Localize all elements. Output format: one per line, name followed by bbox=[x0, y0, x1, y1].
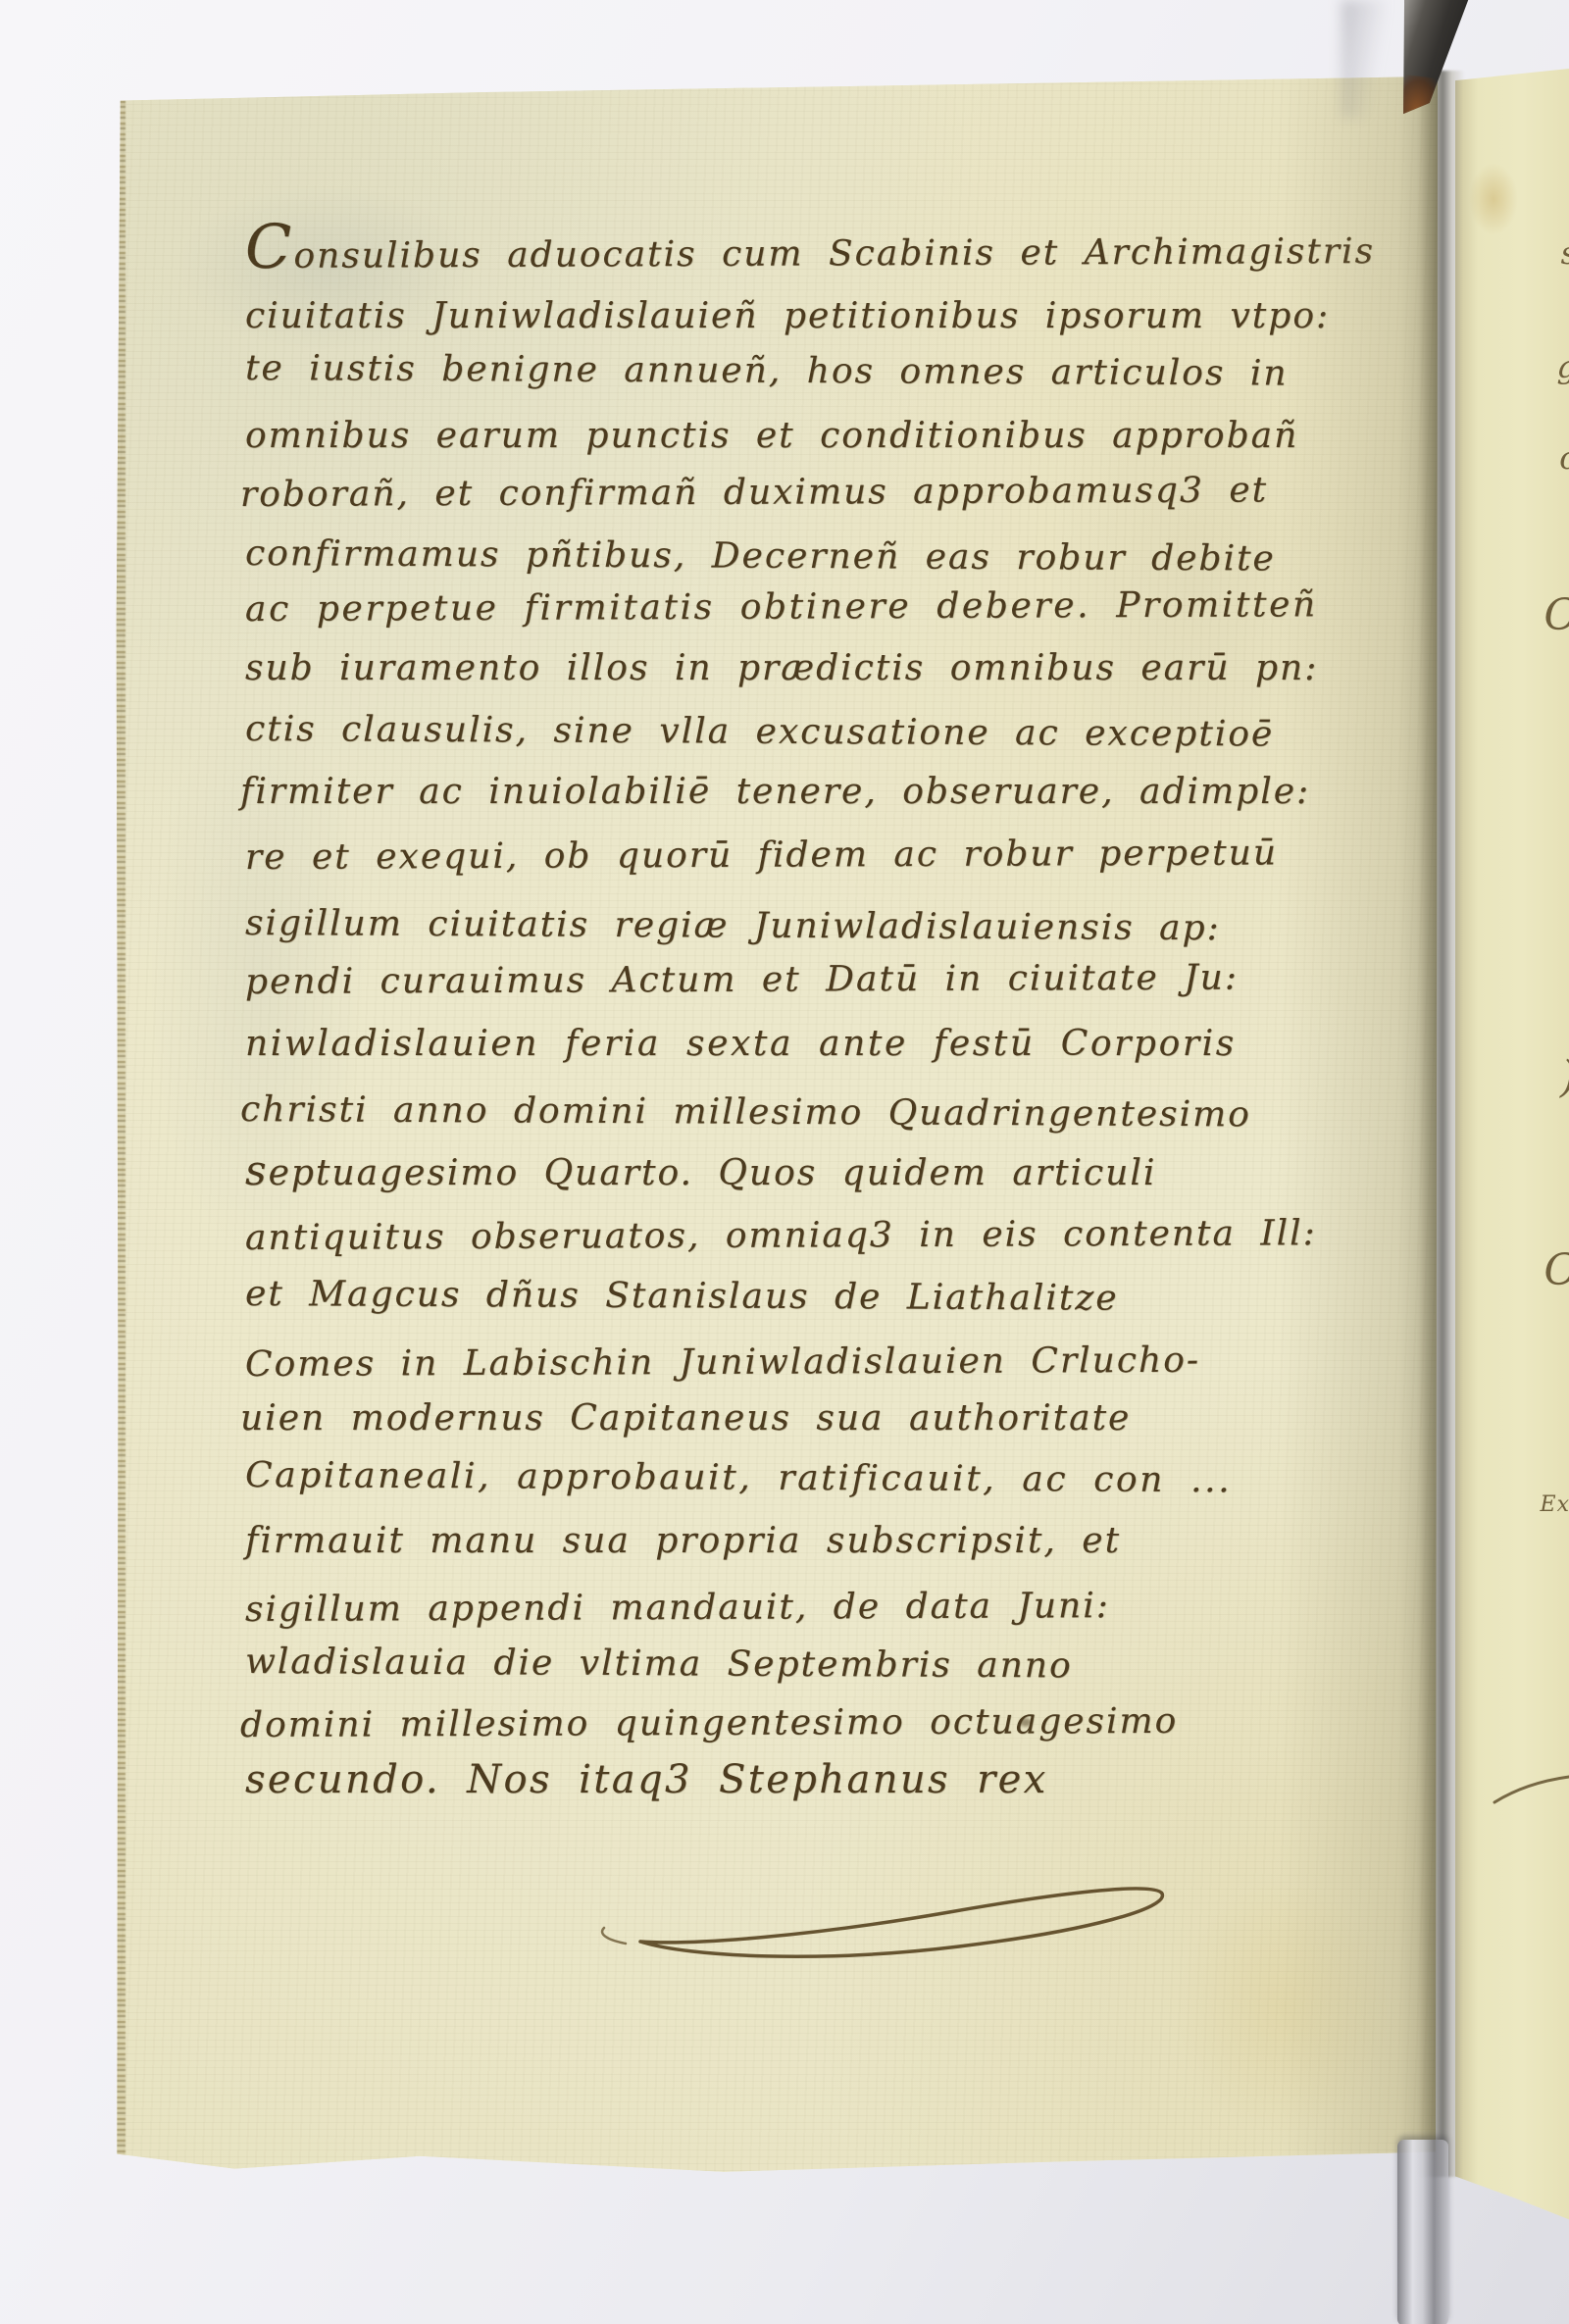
manuscript-line: Consulibus aduocatis cum Scabinis et Arc… bbox=[245, 223, 1375, 286]
cutoff-text-fragment: s bbox=[1561, 234, 1569, 272]
manuscript-line: et Magcus dñus Stanislaus de Liathalitze bbox=[245, 1265, 1119, 1329]
pen-flourish bbox=[1455, 69, 1569, 2226]
cutoff-text-fragment: C bbox=[1544, 1245, 1569, 1295]
manuscript-line: ctis clausulis, sine vlla excusatione ac… bbox=[245, 700, 1275, 764]
manuscript-line: Comes in Labischin Juniwladislauien Crlu… bbox=[245, 1332, 1200, 1394]
manuscript-line: domini millesimo quingentesimo octuagesi… bbox=[240, 1692, 1179, 1755]
manuscript-line: ciuitatis Juniwladislauieñ petitionibus … bbox=[245, 287, 1330, 346]
ink-smudge bbox=[1020, 1718, 1032, 1727]
manuscript-line: omnibus earum punctis et conditionibus a… bbox=[245, 407, 1298, 466]
manuscript-line: antiquitus obseruatos, omniaq3 in eis co… bbox=[245, 1204, 1317, 1268]
cutoff-text-fragment: g bbox=[1557, 348, 1569, 385]
manuscript-line: roborañ, et confirmañ duximus approbamus… bbox=[240, 461, 1268, 525]
cutoff-text-fragment: c bbox=[1559, 439, 1569, 477]
rod-shadow bbox=[1341, 0, 1387, 118]
glass-rod bbox=[1397, 2140, 1448, 2324]
manuscript-page: Consulibus aduocatis cum Scabinis et Arc… bbox=[116, 76, 1438, 2175]
manuscript-line: Capitaneali, approbauit, ratificauit, ac… bbox=[245, 1446, 1233, 1510]
manuscript-line: secundo. Nos itaq3 Stephanus rex bbox=[245, 1750, 1048, 1809]
manuscript-line: christi anno domini millesimo Quadringen… bbox=[240, 1081, 1251, 1144]
cutoff-text-fragment: ) bbox=[1560, 1052, 1569, 1102]
manuscript-line: pendi curauimus Actum et Datū in ciuitat… bbox=[245, 949, 1239, 1012]
facing-page-sliver: s g c C ) C Ex. bbox=[1455, 69, 1569, 2226]
paper-stain bbox=[1469, 163, 1518, 235]
manuscript-line: uien modernus Capitaneus sua authoritate bbox=[240, 1389, 1131, 1448]
manuscript-line: sigillum appendi mandauit, de data Juni: bbox=[245, 1577, 1110, 1640]
manuscript-line: niwladislauien feria sexta ante festū Co… bbox=[245, 1015, 1237, 1074]
cutoff-text-fragment: Ex. bbox=[1541, 1492, 1569, 1517]
manuscript-line: te iustis benigne annueñ, hos omnes arti… bbox=[245, 339, 1289, 404]
manuscript-text-block: Consulibus aduocatis cum Scabinis et Arc… bbox=[116, 76, 1438, 2175]
manuscript-line: re et exequi, ob quorū fidem ac robur pe… bbox=[245, 824, 1278, 887]
manuscript-line: wladislauia die vltima Septembris anno bbox=[245, 1633, 1073, 1695]
cutoff-text-fragment: C bbox=[1544, 590, 1569, 640]
manuscript-line: septuagesimo Quarto. Quos quidem articul… bbox=[245, 1144, 1156, 1203]
manuscript-line: firmauit manu sua propria subscripsit, e… bbox=[245, 1512, 1121, 1571]
manuscript-line: sub iuramento illos in prædictis omnibus… bbox=[245, 639, 1318, 698]
manuscript-line: firmiter ac inuiolabiliē tenere, obserua… bbox=[240, 763, 1310, 822]
photo-backdrop: Consulibus aduocatis cum Scabinis et Arc… bbox=[0, 0, 1569, 2324]
manuscript-line: ac perpetue firmitatis obtinere debere. … bbox=[245, 576, 1318, 639]
